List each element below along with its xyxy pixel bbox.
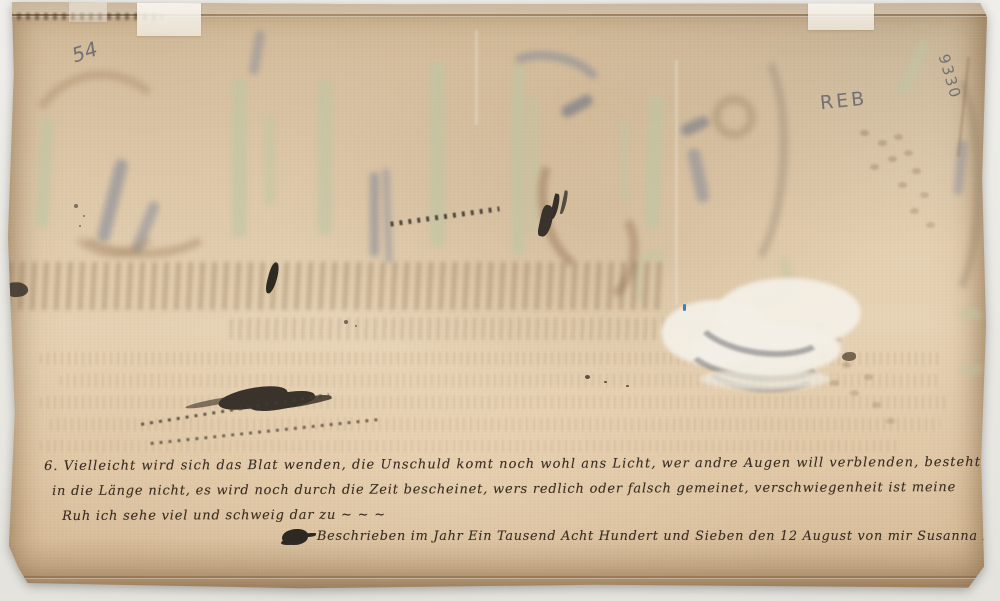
ghost-text-row <box>230 318 720 340</box>
ghost-stroke <box>265 115 275 205</box>
tape-strip <box>69 2 107 22</box>
vertical-crease <box>475 30 478 125</box>
ghost-vine-cluster <box>860 130 869 136</box>
ink-speck-cluster <box>74 204 78 208</box>
ghost-stroke <box>318 80 332 235</box>
ghost-text-row <box>50 418 940 431</box>
ghost-stroke <box>382 168 392 263</box>
verse-line-3: Ruh ich sehe viel und schweig dar zu ~ ~… <box>62 500 984 529</box>
ghost-swirl <box>694 38 794 280</box>
ghost-flower <box>712 95 756 139</box>
ghost-stroke <box>644 95 665 230</box>
ghost-swirl <box>70 185 218 258</box>
pencil-initials: REB <box>819 88 868 115</box>
ink-spatter <box>390 206 500 226</box>
handwritten-verse: 6. Vielleicht wird sich das Blat wenden,… <box>44 454 984 529</box>
ghost-swirl <box>905 60 983 308</box>
ghost-stroke <box>370 172 379 257</box>
ink-speck-cluster <box>842 352 856 361</box>
ghost-text-row <box>40 396 950 409</box>
tape-strip <box>137 2 201 36</box>
tape-strip <box>808 2 874 30</box>
pencil-number-top-left: 54 <box>71 36 99 68</box>
vertical-crease <box>675 60 678 305</box>
ghost-stroke <box>232 78 247 238</box>
ghost-arc <box>489 41 615 136</box>
bottom-edge-shading <box>6 540 988 590</box>
blue-ink-speck <box>683 304 686 311</box>
scanned-document: 54 REB 9330 6. Vielleicht wird sich das … <box>0 0 1000 601</box>
bottom-crease-line <box>16 576 978 578</box>
ghost-stroke <box>248 29 266 75</box>
ink-speck-cluster <box>585 375 590 379</box>
gouache-patch <box>661 278 861 376</box>
ghost-text-row <box>8 262 663 310</box>
gouache-streak <box>700 368 830 390</box>
paper-sheet: 54 REB 9330 6. Vielleicht wird sich das … <box>6 2 988 590</box>
ghost-curl <box>952 308 990 376</box>
paper-shadow-wrap: 54 REB 9330 6. Vielleicht wird sich das … <box>6 2 988 590</box>
ink-speck-cluster <box>344 320 348 324</box>
